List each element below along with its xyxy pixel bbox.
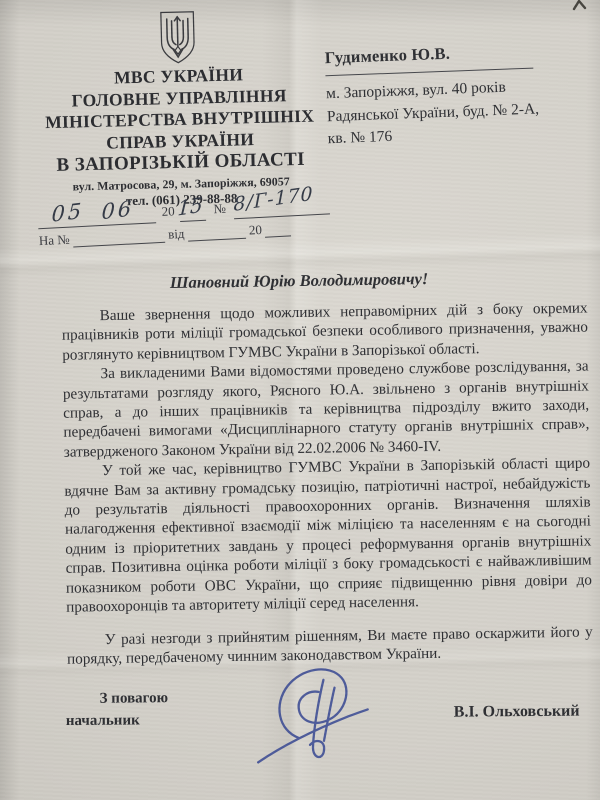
handwritten-signature-icon <box>249 657 396 770</box>
corner-smudge-mark <box>572 0 588 11</box>
signer-title: начальник <box>66 712 140 730</box>
letter-photo: МВС УКРАЇНИ ГОЛОВНЕ УПРАВЛІННЯ МІНІСТЕРС… <box>0 0 600 800</box>
signature-block: З повагою начальник В.І. Ольховський <box>0 0 600 800</box>
closing-phrase: З повагою <box>100 690 169 708</box>
signer-name: В.І. Ольховський <box>454 703 580 722</box>
letter-content: МВС УКРАЇНИ ГОЛОВНЕ УПРАВЛІННЯ МІНІСТЕРС… <box>0 0 600 800</box>
